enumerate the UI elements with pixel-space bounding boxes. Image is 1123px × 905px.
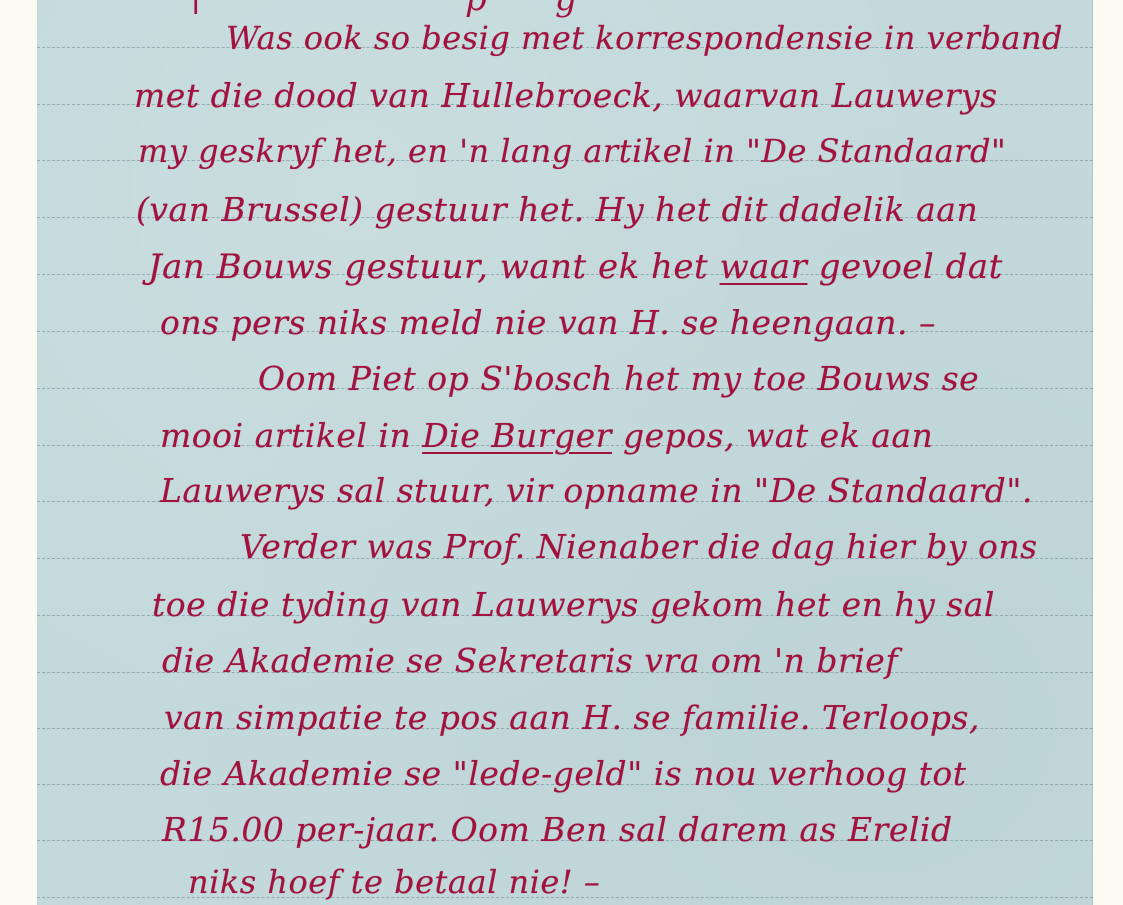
letter-line-7: Oom Piet op S'bosch het my toe Bouws se	[258, 362, 979, 395]
letter-line-4: (van Brussel) gestuur het. Hy het dit da…	[136, 193, 978, 226]
line-5-pre: Jan Bouws gestuur, want ek het	[148, 247, 720, 287]
underlined-word-waar: waar	[720, 247, 808, 287]
line-8-pre: mooi artikel in	[160, 416, 422, 455]
line-5-post: gevoel dat	[807, 247, 1002, 287]
letter-line-6: ons pers niks meld nie van H. se heengaa…	[160, 306, 936, 339]
letter-line-13: van simpatie te pos aan H. se familie. T…	[164, 701, 980, 734]
cutoff-line-fragment: |	[190, 0, 201, 12]
letter-line-3: my geskryf het, en 'n lang artikel in "D…	[138, 135, 1006, 167]
letter-line-1: Was ook so besig met korrespondensie in …	[226, 22, 1063, 54]
letter-line-8: mooi artikel in Die Burger gepos, wat ek…	[160, 419, 933, 452]
letter-line-14: die Akademie se "lede-geld" is nou verho…	[160, 757, 967, 790]
letter-line-16: niks hoef te betaal nie! –	[188, 866, 600, 898]
letter-line-9: Lauwerys sal stuur, vir opname in "De St…	[160, 474, 1033, 507]
letter-line-5: Jan Bouws gestuur, want ek het waar gevo…	[148, 250, 1003, 284]
letter-line-12: die Akademie se Sekretaris vra om 'n bri…	[162, 644, 898, 677]
letter-line-10: Verder was Prof. Nienaber die dag hier b…	[240, 530, 1038, 563]
cutoff-line-fragment: p	[465, 0, 487, 16]
letter-line-11: toe die tyding van Lauwerys gekom het en…	[152, 588, 995, 621]
letter-line-2: met die dood van Hullebroeck, waarvan La…	[134, 79, 998, 112]
cutoff-line-fragment: g	[555, 0, 577, 16]
scanned-letter: | p g Was ook so besig met korrespondens…	[0, 0, 1123, 905]
line-8-post: gepos, wat ek aan	[612, 416, 933, 455]
letter-line-15: R15.00 per-jaar. Oom Ben sal darem as Er…	[162, 813, 953, 846]
underlined-newspaper-title: Die Burger	[422, 416, 612, 455]
